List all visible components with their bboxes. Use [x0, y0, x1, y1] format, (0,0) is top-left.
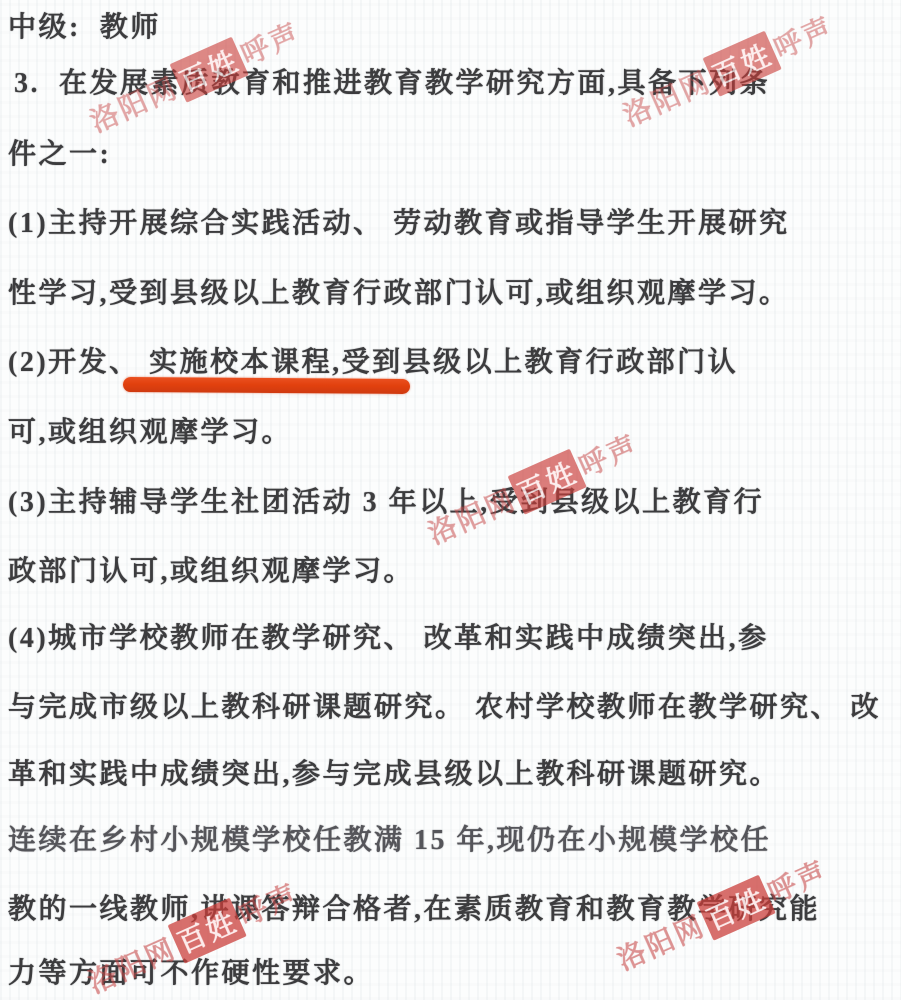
doc-line-item3: 3. 在发展素质教育和推进教育教学研究方面,具备下列条	[14, 61, 770, 101]
doc-line-level-title: 中级: 教师	[8, 5, 161, 45]
doc-line: 政部门认可,或组织观摩学习。	[8, 549, 414, 589]
doc-line: 件之一:	[8, 132, 111, 172]
watermark-suffix-text: 呼声	[767, 6, 840, 68]
doc-line: 教的一线教师,讲课答辩合格者,在素质教育和教育教学研究能	[8, 887, 820, 927]
doc-line: 连续在乡村小规模学校任教满 15 年,现仍在小规模学校任	[8, 818, 771, 858]
doc-line: 性学习,受到县级以上教育行政部门认可,或组织观摩学习。	[8, 271, 790, 311]
doc-line-clause4: (4)城市学校教师在教学研究、 改革和实践中成绩突出,参	[8, 616, 769, 656]
scanned-document-page: 中级: 教师 3. 在发展素质教育和推进教育教学研究方面,具备下列条 件之一: …	[0, 0, 901, 1000]
doc-line-clause1: (1)主持开展综合实践活动、 劳动教育或指导学生开展研究	[8, 201, 790, 241]
doc-line-clause2: (2)开发、 实施校本课程,受到县级以上教育行政部门认	[8, 340, 738, 380]
doc-line-clause3: (3)主持辅导学生社团活动 3 年以上,受到县级以上教育行	[8, 480, 764, 520]
watermark-suffix-text: 呼声	[572, 424, 645, 486]
doc-line: 可,或组织观摩学习。	[8, 410, 292, 450]
doc-line: 与完成市级以上教科研课题研究。 农村学校教师在教学研究、 改	[8, 685, 881, 725]
doc-line: 力等方面可不作硬性要求。	[8, 951, 374, 991]
doc-line: 革和实践中成绩突出,参与完成县级以上教科研课题研究。	[8, 752, 780, 792]
